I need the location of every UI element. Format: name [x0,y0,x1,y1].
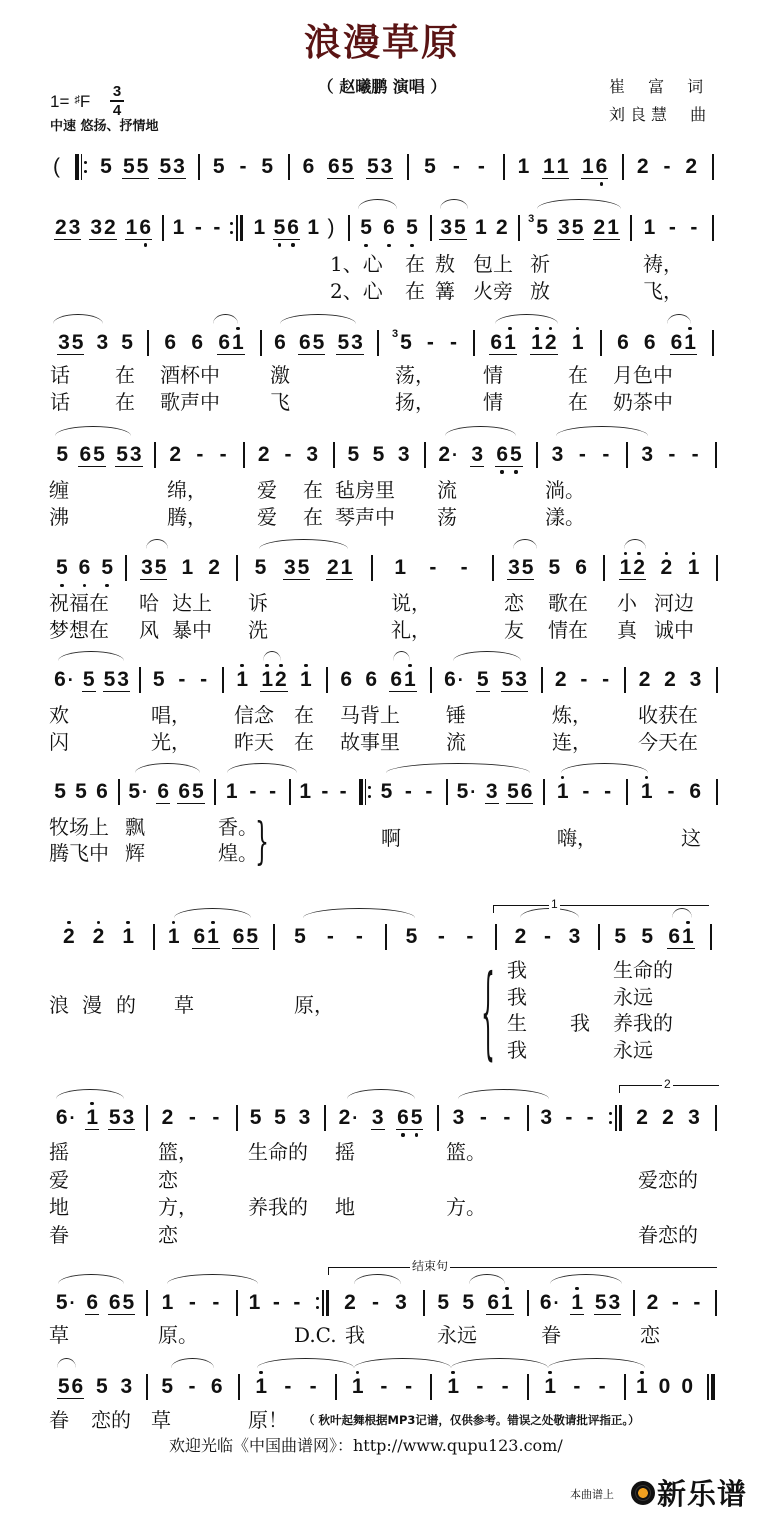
note-numeral: 3 [485,781,499,803]
note-numeral: 2 [274,669,288,691]
slur-arc [263,651,281,661]
note-numeral: 3 [568,926,582,948]
note-numeral: 1 [254,1376,268,1398]
measure: 5·356 [448,778,541,806]
lyric-text: 在 [568,391,588,413]
note-group: - [600,669,611,691]
lyric-text: 达上 [172,592,212,614]
lyric-text: 酒杯中 [160,364,220,386]
lyric-text: 敖 [435,253,455,275]
dash-extension: - [600,444,611,466]
lyric-text: 篮。 [446,1141,486,1163]
note-group: 5 [380,781,394,803]
dash-extension: - [238,156,249,178]
slur-arc [358,199,397,209]
measure: 6661 [603,329,710,357]
note-group: 5 [346,444,360,466]
barline [503,154,505,180]
note-group: 1 [517,156,531,178]
note-numeral: 5 [254,557,268,579]
measure: 556 [46,778,116,806]
beamed-note-group: 16 [581,156,608,179]
beamed-note-group: 61 [192,926,219,949]
augmentation-dot: · [451,444,459,466]
barline [473,330,475,356]
note-numeral: 5 [405,217,419,239]
note-group: 5 [74,781,88,803]
note-numeral: 1 [687,557,701,579]
measure: 5-- [387,923,493,951]
note-numeral: 3 [283,557,297,579]
note-group: 6 [163,332,177,354]
barline [118,779,120,805]
slur-arc [257,1358,354,1368]
lyric-text: 恋的 [91,1409,131,1431]
barline [527,1374,529,1400]
measure: 1-- [337,1373,428,1401]
dash-extension: - [580,781,591,803]
sheet-music-page: 浪漫草原 （ 赵曦鹏 演唱 ） 1=♯F 3 4 中速 悠扬、抒情地 崔 富 词… [0,0,760,1513]
note-group: 5 [613,926,627,948]
note-group: - [571,1376,582,1398]
note-numeral: 5 [122,1292,136,1314]
note-numeral: 3 [514,669,528,691]
note-numeral: 3 [122,1107,136,1129]
note-numeral: 5 [293,926,307,948]
note-numeral: 5 [55,1292,69,1314]
barline [260,330,262,356]
repeat-end-thin [615,1105,617,1131]
note-group: 2· [437,444,459,466]
lyric-text: 篮， [158,1141,198,1163]
note-numeral: 5 [100,557,114,579]
lyric-text: 情 [483,364,503,386]
note-numeral: 1 [306,217,320,239]
lyric-text: 故事里 [340,731,400,753]
note-numeral: 5 [120,332,134,354]
note-numeral: 3 [68,217,82,239]
note-numeral: 5 [82,669,96,691]
barline [527,1290,529,1316]
dash-extension: - [403,1376,414,1398]
note-group: 5 [95,1376,109,1398]
beamed-note-group: 35 [557,217,584,240]
note-numeral: 3 [551,444,565,466]
slur-arc [53,314,103,324]
barline [430,1374,432,1400]
note-numeral: 5 [613,926,627,948]
lyric-text: 嗨， [557,827,597,849]
note-numeral: 1 [260,669,274,691]
note-numeral: 1 [206,926,220,948]
note-numeral: 5 [53,781,67,803]
repeat-start-thin [365,779,367,805]
lyric-text: 眷 [49,1224,69,1246]
slur-arc [667,314,691,324]
note-group: - [210,1292,221,1314]
measure: 53521 [238,554,369,582]
measure: 2-- [156,441,241,469]
note-group: 5 [293,926,307,948]
note-numeral: 1 [167,926,181,948]
barline [518,215,520,241]
note-numeral: 2 [635,1107,649,1129]
measure: 11116 [505,153,620,181]
note-numeral: 2 [632,557,646,579]
beamed-note-group: 23 [54,217,81,240]
barline [424,442,426,468]
lyric-text: 梦想在 [49,619,109,641]
slur-arc [167,1274,258,1284]
note-numeral: 2 [593,217,607,239]
note-group: 5 [99,156,113,178]
note-numeral: 5 [136,156,150,178]
lyric-text: 原！ [248,1409,288,1431]
barline [598,924,600,950]
barline [154,442,156,468]
dash-extension: - [193,217,204,239]
barline [236,555,238,581]
volta-label: 结束句 [410,1259,450,1273]
lyric-text: 毡房里 [335,479,395,501]
note-numeral: 5 [336,332,350,354]
lyric-text: 在 [303,506,323,528]
note-numeral: 3 [96,332,110,354]
note-group: - [597,1376,608,1398]
barline [243,442,245,468]
note-group: 6 [364,669,378,691]
note-group: 3 [539,1107,553,1129]
dash-extension: - [210,1107,221,1129]
note-numeral: 3 [129,444,143,466]
dash-extension: - [571,1376,582,1398]
upload-prefix-text: 本曲谱上 [570,1487,614,1503]
slur-arc [55,426,131,436]
measure: 5-- [141,666,220,694]
dash-extension: - [476,156,487,178]
lyric-text: 方。 [446,1196,486,1218]
note-numeral: 1 [500,1292,514,1314]
barline [716,667,718,693]
lyric-text: 飞 [270,391,290,413]
barline [335,1374,337,1400]
note-group: - [451,156,462,178]
repeat-end-thick [240,215,244,241]
dash-extension: - [690,444,701,466]
barline [385,924,387,950]
lyric-text: 地 [49,1196,69,1218]
repeat-dots [316,1297,319,1309]
lyric-text: 马背上 [340,704,400,726]
note-numeral: 5 [273,1107,287,1129]
lyric-text: 我 [507,986,527,1008]
note-group: 6 [574,557,588,579]
beamed-note-group: 32 [89,217,116,240]
lyric-text: 收获在 [638,704,698,726]
lyric-text: 爱恋的 [638,1169,698,1191]
lyric-text: 流 [437,479,457,501]
slur-arc [548,1358,645,1368]
lyric-text: 炼， [552,704,592,726]
parenthesis: ) [327,217,336,239]
slur-arc [451,1358,548,1368]
note-group: 5 [100,557,114,579]
measure: 1-- [529,1373,622,1401]
lyric-text: 生命的 [613,959,673,981]
dash-extension: - [436,926,447,948]
barline [541,667,543,693]
grace-note: 3 [528,214,534,225]
repeat-dots [368,786,371,798]
note-group: - [448,332,459,354]
dash-extension: - [423,781,434,803]
lyric-text: 河边 [654,592,694,614]
barline [603,555,605,581]
barline [273,924,275,950]
barline [153,924,155,950]
note-numeral: 1 [683,332,697,354]
note-numeral: 1 [172,217,186,239]
note-numeral: 1 [556,156,570,178]
barline [348,215,350,241]
note-numeral: 5 [103,669,117,691]
beamed-note-group: 53 [108,1107,135,1130]
note-group: 6· [443,669,465,691]
slur-arc [624,539,646,549]
note-group: - [563,1107,574,1129]
barline [289,779,291,805]
beamed-note-group: 53 [103,669,130,692]
dash-extension: - [370,1292,381,1314]
beamed-note-group: 1 [85,1107,99,1130]
note-group: 6 [302,156,316,178]
note-numeral: 2 [514,926,528,948]
transcription-note: （ 秋叶起舞根据MP3记谱，仅供参考。错误之处敬请批评指正。） [303,1409,640,1431]
dash-extension: - [427,557,438,579]
measure: 5-- [409,153,501,181]
augmentation-dot: · [141,781,149,803]
dash-extension: - [600,669,611,691]
note-group: - [600,444,611,466]
note-numeral: 2 [326,557,340,579]
note-group: 2· [338,1107,360,1129]
note-group: 5 [423,156,437,178]
measure: 2-- [543,666,622,694]
note-numeral: 6 [688,781,702,803]
volta-bracket: 1 [493,905,709,913]
measure: 353521 [520,214,628,242]
repeat-end-thin [236,215,238,241]
measure: 55553 [90,153,195,181]
note-group: 5 [249,1107,263,1129]
note-group: 5 [461,1292,475,1314]
beamed-note-group: 65 [396,1107,423,1130]
note-numeral: 5 [346,444,360,466]
note-group: - [500,1376,511,1398]
note-group: - [218,444,229,466]
note-numeral: 2 [684,156,698,178]
note-numeral: 5 [461,1292,475,1314]
measure: 565 [46,554,123,582]
note-numeral: 2 [646,1292,660,1314]
dash-extension: - [670,1292,681,1314]
lyric-brace: { [481,962,495,1062]
beamed-note-group: 35 [140,557,167,580]
note-group: 2 [663,669,677,691]
note-group: - [282,1376,293,1398]
note-group: 2 [495,217,509,239]
measure: 223 [623,1104,713,1132]
barline [492,555,494,581]
measure: 5-- [275,923,383,951]
lyric-text: 唱， [151,704,191,726]
note-numeral: 6 [108,1292,122,1314]
barline [288,154,290,180]
note-numeral: 5 [92,444,106,466]
dash-extension: - [602,781,613,803]
measure: 1-- [216,778,287,806]
note-numeral: 2 [636,156,650,178]
note-group: - [319,781,330,803]
lyric-text: 祈 [530,253,550,275]
beamed-note-group: 65 [327,156,354,179]
measure: 66553 [290,153,405,181]
beamed-note-group: 16 [125,217,152,240]
measure: 6·153 [529,1289,631,1317]
lyric-text: 我 [507,959,527,981]
repeat-start-thick [359,779,363,805]
beamed-note-group: 3 [470,444,484,467]
lyric-text: 恋 [504,592,524,614]
lyric-text: 光， [151,731,191,753]
note-numeral: 3 [557,217,571,239]
note-numeral: 3 [305,444,319,466]
lyric-text: 在 [294,731,314,753]
measure: 3-- [628,441,713,469]
lyric-text: 今天在 [638,731,698,753]
measure: 3535 [46,329,145,357]
note-numeral: 2 [554,669,568,691]
barline [527,1105,529,1131]
note-group: 6 [616,332,630,354]
note-numeral: 1 [298,781,312,803]
note-numeral: 5 [372,444,386,466]
note-group: 5· [127,781,149,803]
note-group: 1 [306,217,320,239]
beamed-note-group: 21 [326,557,353,580]
beamed-note-group: 61 [670,332,697,355]
dash-extension: - [187,1292,198,1314]
beamed-note-group: 35 [57,332,84,355]
note-numeral: 5 [95,1376,109,1398]
note-numeral: 5 [594,1292,608,1314]
dash-extension: - [542,926,553,948]
note-numeral: 5 [245,926,259,948]
note-numeral: 5 [154,557,168,579]
measure: 233216 [46,214,160,242]
barline [423,1290,425,1316]
volta-bracket: 2 [619,1085,719,1093]
note-group: - [308,1376,319,1398]
note-group: 5 [436,1292,450,1314]
dash-extension: - [271,1292,282,1314]
repeat-start-thin [81,154,83,180]
barline [377,330,379,356]
augmentation-dot: · [469,781,477,803]
note-group: 1 [172,217,186,239]
lyric-text: 地 [335,1196,355,1218]
note-group: - [459,557,470,579]
slur-arc [440,199,468,209]
note-group: 5 [152,669,166,691]
note-numeral: 5 [456,781,470,803]
note-group: - [580,781,591,803]
note-group: 2 [207,557,221,579]
lyric-text: 飞， [643,280,683,302]
measure: 553 [335,441,422,469]
note-numeral: 6 [95,781,109,803]
slur-arc [537,199,621,209]
lyric-text: 飘 [125,816,145,838]
note-group: - [338,781,349,803]
note-group: 1 [571,332,585,354]
lyric-text: 草 [151,1409,171,1431]
note-numeral: 5 [405,926,419,948]
note-group: 1 [167,926,181,948]
note-numeral: 5 [122,156,136,178]
measure: 1-- [632,214,710,242]
note-group: 3 [120,1376,134,1398]
note-group: 5 [212,156,226,178]
barline [326,667,328,693]
note-group: 2 [257,444,271,466]
note-group: - [370,1292,381,1314]
lyric-text: 火旁 [473,280,513,302]
note-group: 2 [161,1107,175,1129]
measure: 3-- [538,441,624,469]
barline [446,779,448,805]
barline [715,1105,717,1131]
barline [710,924,712,950]
lyric-text: 永远 [437,1324,477,1346]
note-group: - [666,781,677,803]
dash-extension: - [378,1376,389,1398]
note-numeral: 6 [156,781,170,803]
slur-arc [259,539,348,549]
dash-extension: - [451,156,462,178]
lyric-text: 原， [294,994,334,1016]
barline [333,442,335,468]
note-group: 5 [640,926,654,948]
measure: 221 [46,923,151,951]
repeat-dots [609,1112,612,1124]
note-group: 1 [121,926,135,948]
measure: 2·365 [326,1104,435,1132]
augmentation-dot: · [69,1107,77,1129]
beamed-note-group: 56 [506,781,533,804]
note-group: 0 [680,1376,694,1398]
dash-extension: - [194,444,205,466]
note-numeral: 1 [299,669,313,691]
lyric-text: 牧场上 [49,816,109,838]
note-numeral: 5 [453,217,467,239]
measure: 66553 [262,329,375,357]
note-group: - [211,217,222,239]
dash-extension: - [210,1292,221,1314]
note-numeral: 3 [57,332,71,354]
lyric-text: 生命的 [248,1141,308,1163]
note-numeral: 6 [495,444,509,466]
